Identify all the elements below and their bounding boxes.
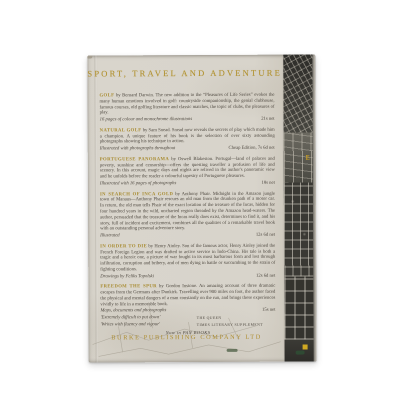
- entry-meta: Illustrated 12s 6d net: [100, 233, 275, 239]
- review-source: THE QUEEN: [197, 315, 222, 322]
- entry-body: NATURAL GOLF by Sam Snead. Snead now rev…: [100, 127, 275, 145]
- spine-letter: E: [306, 155, 310, 162]
- review-quote: 'Writes with fluency and vigour': [100, 322, 196, 329]
- publisher-imprint: BURKE PUBLISHING COMPANY LTD: [89, 334, 285, 342]
- review-source: TIMES LITERARY SUPPLEMENT: [197, 322, 263, 329]
- entry-price: 18s net: [257, 181, 274, 187]
- crowd-grid-photo: [284, 183, 313, 277]
- review-quote-row: 'Writes with fluency and vigour' TIMES L…: [100, 322, 275, 329]
- entry-note: Illustrated with photographs throughout: [100, 146, 176, 152]
- book-entry: IN ORDER TO DIE by Henry Ainley. Son of …: [100, 243, 275, 279]
- entry-meta: 16 pages of colour and monochrome illust…: [100, 117, 275, 123]
- entry-body: FREEDOM THE SPUR by Gordon Instone. An a…: [100, 284, 275, 308]
- entry-note: Drawings by Feliks Topolski: [100, 274, 154, 280]
- entry-note: Maps, documents and photographs: [100, 309, 166, 315]
- entry-note: 16 pages of colour and monochrome illust…: [100, 117, 193, 123]
- entry-meta: Maps, documents and photographs 15s net: [100, 308, 275, 314]
- book-entry: PORTUGUESE PANORAMA by Oswell Blakeston.…: [100, 156, 275, 187]
- entry-title: GOLF: [99, 93, 114, 98]
- jacket-crease: [94, 55, 97, 362]
- book-entry: NATURAL GOLF by Sam Snead. Snead now rev…: [100, 127, 275, 152]
- goal-net-photo: [283, 55, 312, 133]
- jacket-heading-text: SPORT, TRAVEL AND ADVENTURE: [87, 68, 282, 79]
- entry-price: 12s 6d net: [252, 233, 275, 239]
- review-quote: 'Extremely difficult to put down': [100, 315, 196, 322]
- entry-meta: Illustrated with photographs throughout …: [100, 146, 275, 152]
- blurb-column: GOLF by Bernard Darwin. The new addition…: [99, 93, 275, 336]
- entry-title: IN SEARCH OF INCA GOLD: [100, 192, 173, 197]
- entry-price: Cheap Edition, 7s 6d net: [225, 146, 275, 152]
- photo-canvas: SPORT, TRAVEL AND ADVENTURE· GOLF by Ber…: [0, 0, 416, 416]
- entry-body: GOLF by Bernard Darwin. The new addition…: [99, 93, 274, 117]
- book-back-cover: SPORT, TRAVEL AND ADVENTURE· GOLF by Ber…: [87, 55, 316, 363]
- entry-price: 15s net: [258, 308, 275, 314]
- green-smudge: [227, 349, 238, 352]
- entry-text: by Anthony Phair. Midnight in the Amazon…: [100, 191, 275, 232]
- entry-meta: Illustrated with 16 pages of photographs…: [100, 181, 275, 187]
- entry-text: by Bernard Darwin. The new addition to t…: [100, 93, 275, 116]
- book-entry: IN SEARCH OF INCA GOLD by Anthony Phair.…: [100, 191, 275, 239]
- entry-title: FREEDOM THE SPUR: [100, 284, 157, 289]
- entry-body: IN SEARCH OF INCA GOLD by Anthony Phair.…: [100, 191, 275, 232]
- book-entry: FREEDOM THE SPUR by Gordon Instone. An a…: [100, 284, 275, 315]
- window-grid-photo: [284, 277, 313, 340]
- jacket-paper: SPORT, TRAVEL AND ADVENTURE· GOLF by Ber…: [87, 55, 284, 363]
- jacket-corner-wear: [87, 55, 92, 59]
- entry-title: PORTUGUESE PANORAMA: [100, 157, 169, 162]
- entry-title: NATURAL GOLF: [100, 128, 142, 133]
- entry-meta: Drawings by Feliks Topolski 12s 6d net: [100, 273, 275, 279]
- entry-body: PORTUGUESE PANORAMA by Oswell Blakeston.…: [100, 156, 275, 180]
- entry-body: IN ORDER TO DIE by Henry Ainley. Son of …: [100, 243, 275, 273]
- green-mark: [296, 351, 305, 355]
- jacket-fold-edge: [312, 55, 316, 362]
- book-entry: GOLF by Bernard Darwin. The new addition…: [99, 93, 274, 124]
- entry-title: IN ORDER TO DIE: [100, 244, 147, 249]
- entry-price: 12s 6d net: [252, 273, 275, 279]
- entry-note: Illustrated with 16 pages of photographs: [100, 181, 176, 187]
- jacket-heading: SPORT, TRAVEL AND ADVENTURE·: [87, 68, 283, 79]
- entry-note: Illustrated: [100, 233, 120, 239]
- wraparound-photo-strip: E: [283, 55, 316, 362]
- entry-price: 21s net: [257, 117, 274, 123]
- yellow-mark: [303, 345, 308, 350]
